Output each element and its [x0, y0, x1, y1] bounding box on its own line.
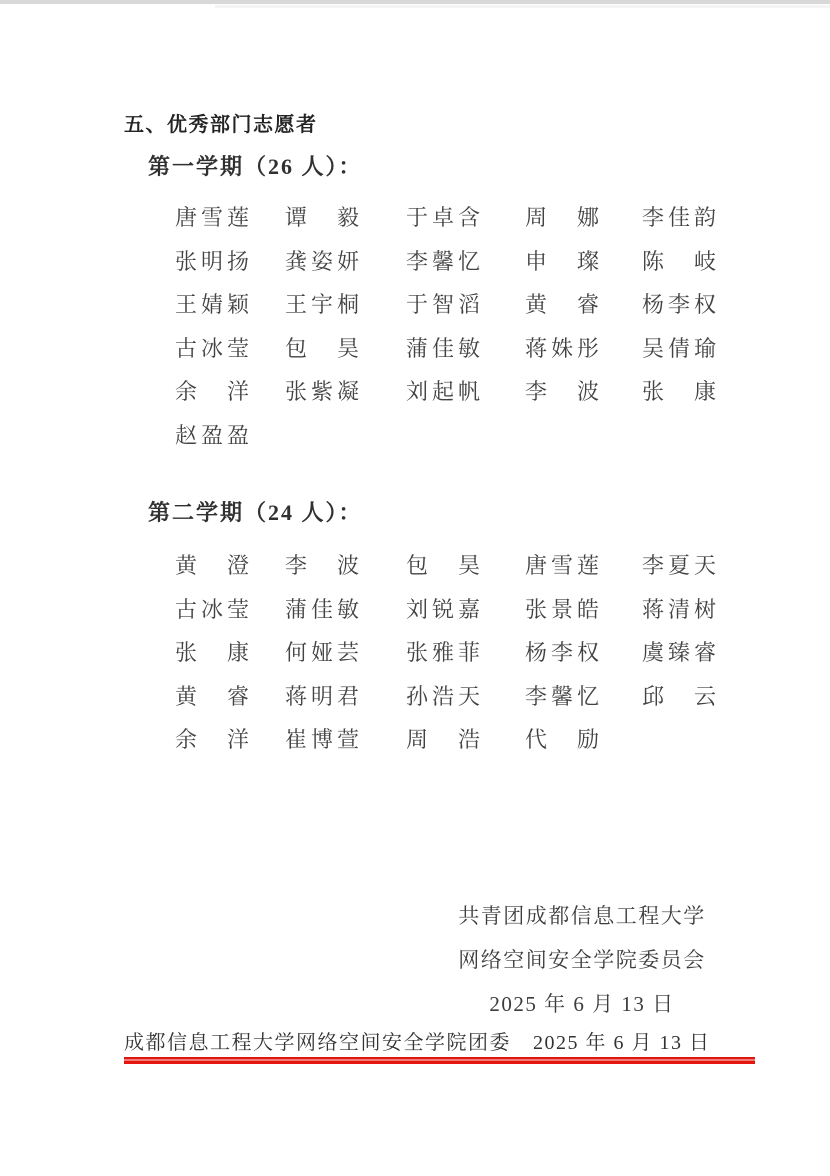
red-underline: [124, 1057, 755, 1064]
volunteer-name: 古冰莹: [175, 593, 285, 637]
volunteer-name: 黄 澄: [175, 549, 285, 593]
volunteer-name: 邱 云: [642, 680, 737, 724]
footer-issuer-line: 成都信息工程大学网络空间安全学院团委 2025 年 6 月 13 日: [124, 1026, 711, 1055]
volunteer-name: 张 康: [642, 375, 737, 419]
footer-date: 2025 年 6 月 13 日: [533, 1026, 711, 1055]
volunteer-name: 谭 毅: [285, 201, 406, 245]
signature-org-line1: 共青团成都信息工程大学: [432, 894, 732, 938]
volunteer-name: 张雅菲: [406, 636, 525, 680]
volunteer-name: 余 洋: [175, 375, 285, 419]
volunteer-name: 周 浩: [406, 723, 525, 767]
volunteer-name: 包 昊: [406, 549, 525, 593]
section-title: 五、优秀部门志愿者: [124, 108, 318, 137]
volunteer-name: 何娅芸: [285, 636, 406, 680]
semester1-name-list: 唐雪莲 谭 毅 于卓含 周 娜 李佳韵 张明扬 龚姿妍 李馨忆 申 璨 陈 岐 …: [175, 201, 737, 462]
volunteer-name: 余 洋: [175, 723, 285, 767]
volunteer-name: 虞臻睿: [642, 636, 737, 680]
volunteer-name: 王婧颖: [175, 288, 285, 332]
volunteer-name: 于卓含: [406, 201, 525, 245]
signature-date: 2025 年 6 月 13 日: [432, 982, 732, 1026]
volunteer-name: 黄 睿: [525, 288, 642, 332]
volunteer-name: 于智滔: [406, 288, 525, 332]
volunteer-name: 王宇桐: [285, 288, 406, 332]
volunteer-name: 刘锐嘉: [406, 593, 525, 637]
volunteer-name: 孙浩天: [406, 680, 525, 724]
volunteer-name: 李 波: [285, 549, 406, 593]
volunteer-name: 李馨忆: [406, 245, 525, 289]
semester2-heading: 第二学期（24 人）：: [148, 496, 363, 527]
volunteer-name: 古冰莹: [175, 332, 285, 376]
document-page: 五、优秀部门志愿者 第一学期（26 人）： 唐雪莲 谭 毅 于卓含 周 娜 李佳…: [0, 0, 830, 1176]
volunteer-name: 刘起帆: [406, 375, 525, 419]
volunteer-name: 龚姿妍: [285, 245, 406, 289]
top-edge-bar: [0, 0, 830, 4]
volunteer-name: 杨李权: [642, 288, 737, 332]
volunteer-name: 崔博萱: [285, 723, 406, 767]
volunteer-name: 张景皓: [525, 593, 642, 637]
volunteer-name: 张 康: [175, 636, 285, 680]
volunteer-name: 唐雪莲: [175, 201, 285, 245]
volunteer-name: 李 波: [525, 375, 642, 419]
volunteer-name: 张紫凝: [285, 375, 406, 419]
volunteer-name: 李佳韵: [642, 201, 737, 245]
volunteer-name: 赵盈盈: [175, 419, 285, 463]
volunteer-name: 蒲佳敏: [406, 332, 525, 376]
volunteer-name: 申 璨: [525, 245, 642, 289]
signature-block: 共青团成都信息工程大学 网络空间安全学院委员会 2025 年 6 月 13 日: [432, 894, 732, 1026]
volunteer-name: 李夏天: [642, 549, 737, 593]
volunteer-name: 代 励: [525, 723, 642, 767]
volunteer-name: 吴倩瑜: [642, 332, 737, 376]
volunteer-name: 周 娜: [525, 201, 642, 245]
volunteer-name: 蒲佳敏: [285, 593, 406, 637]
footer-issuer: 成都信息工程大学网络空间安全学院团委: [124, 1026, 511, 1055]
semester1-heading: 第一学期（26 人）：: [148, 150, 363, 181]
volunteer-name: 陈 岐: [642, 245, 737, 289]
top-edge-shadow: [215, 5, 830, 8]
volunteer-name: 李馨忆: [525, 680, 642, 724]
volunteer-name: 蒋明君: [285, 680, 406, 724]
semester2-name-list: 黄 澄 李 波 包 昊 唐雪莲 李夏天 古冰莹 蒲佳敏 刘锐嘉 张景皓 蒋清树 …: [175, 549, 737, 767]
volunteer-name: 包 昊: [285, 332, 406, 376]
volunteer-name: 杨李权: [525, 636, 642, 680]
volunteer-name: 黄 睿: [175, 680, 285, 724]
volunteer-name: 蒋清树: [642, 593, 737, 637]
volunteer-name: 唐雪莲: [525, 549, 642, 593]
volunteer-name: 蒋姝彤: [525, 332, 642, 376]
signature-org-line2: 网络空间安全学院委员会: [432, 938, 732, 982]
volunteer-name: 张明扬: [175, 245, 285, 289]
